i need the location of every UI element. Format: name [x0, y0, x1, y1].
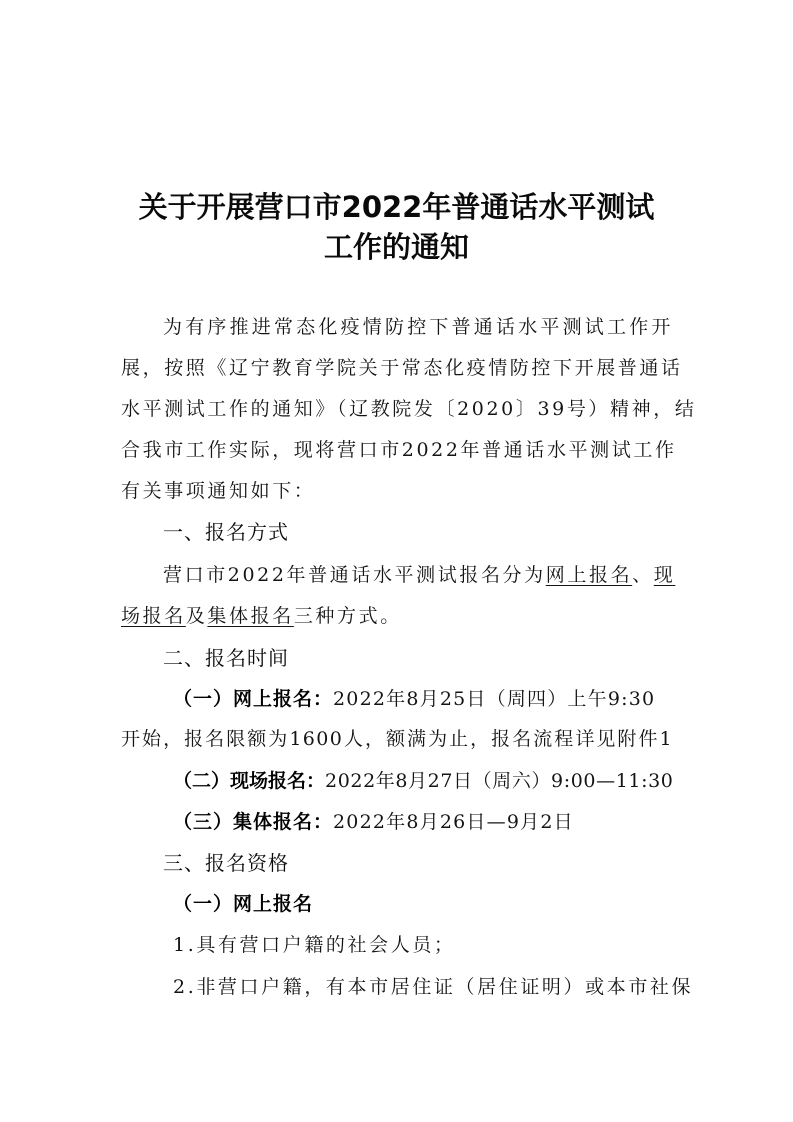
onsite-registration-term-part2: 场报名	[121, 605, 186, 627]
section-1-prefix: 营口市2022年普通话水平测试报名分为	[163, 564, 546, 586]
section-2-heading: 二、报名时间	[163, 638, 673, 679]
section-1-line-1: 营口市2022年普通话水平测试报名分为网上报名、现	[163, 555, 673, 596]
registration-time-onsite-text: 2022年8月27日（周六）9:00—11:30	[325, 770, 673, 792]
registration-time-online-label: （一）网上报名：	[173, 688, 333, 710]
onsite-registration-term-part1: 现	[654, 564, 676, 586]
registration-time-group-text: 2022年8月26日—9月2日	[333, 811, 574, 833]
intro-line-3: 水平测试工作的通知》（辽教院发〔2020〕39号）精神，结	[121, 389, 673, 430]
registration-time-group-label: （三）集体报名：	[173, 811, 333, 833]
registration-time-onsite-label: （二）现场报名：	[173, 770, 325, 792]
intro-line-2: 展，按照《辽宁教育学院关于常态化疫情防控下开展普通话	[121, 348, 673, 389]
online-registration-term: 网上报名	[546, 564, 632, 586]
intro-line-1: 为有序推进常态化疫情防控下普通话水平测试工作开	[163, 307, 673, 348]
separator: 、	[632, 564, 654, 586]
group-registration-term: 集体报名	[207, 605, 293, 627]
section-1-heading: 一、报名方式	[163, 512, 673, 553]
section-3-subheading: （一）网上报名	[173, 884, 673, 925]
document-title: 关于开展营口市2022年普通话水平测试 工作的通知	[0, 187, 793, 267]
section-3-heading: 三、报名资格	[163, 843, 673, 884]
registration-time-online-continuation: 开始，报名限额为1600人，额满为止，报名流程详见附件1	[121, 719, 673, 760]
separator: 及	[186, 605, 208, 627]
registration-time-onsite: （二）现场报名：2022年8月27日（周六）9:00—11:30	[173, 761, 673, 802]
registration-time-online-text: 2022年8月25日（周四）上午9:30	[333, 688, 655, 710]
registration-time-group: （三）集体报名：2022年8月26日—9月2日	[173, 802, 673, 843]
intro-line-4: 合我市工作实际，现将营口市2022年普通话水平测试工作	[121, 430, 673, 471]
eligibility-item-1: 1.具有营口户籍的社会人员；	[173, 925, 673, 966]
registration-time-online: （一）网上报名：2022年8月25日（周四）上午9:30	[173, 679, 673, 720]
title-line-1: 关于开展营口市2022年普通话水平测试	[0, 187, 793, 227]
document-page: 关于开展营口市2022年普通话水平测试 工作的通知 为有序推进常态化疫情防控下普…	[0, 0, 793, 1122]
intro-line-5: 有关事项通知如下：	[121, 471, 673, 512]
title-line-2: 工作的通知	[0, 227, 793, 267]
section-1-line-2: 场报名及集体报名三种方式。	[121, 596, 673, 637]
section-1-suffix: 三种方式。	[294, 605, 402, 627]
eligibility-item-2: 2.非营口户籍，有本市居住证（居住证明）或本市社保	[173, 967, 673, 1008]
